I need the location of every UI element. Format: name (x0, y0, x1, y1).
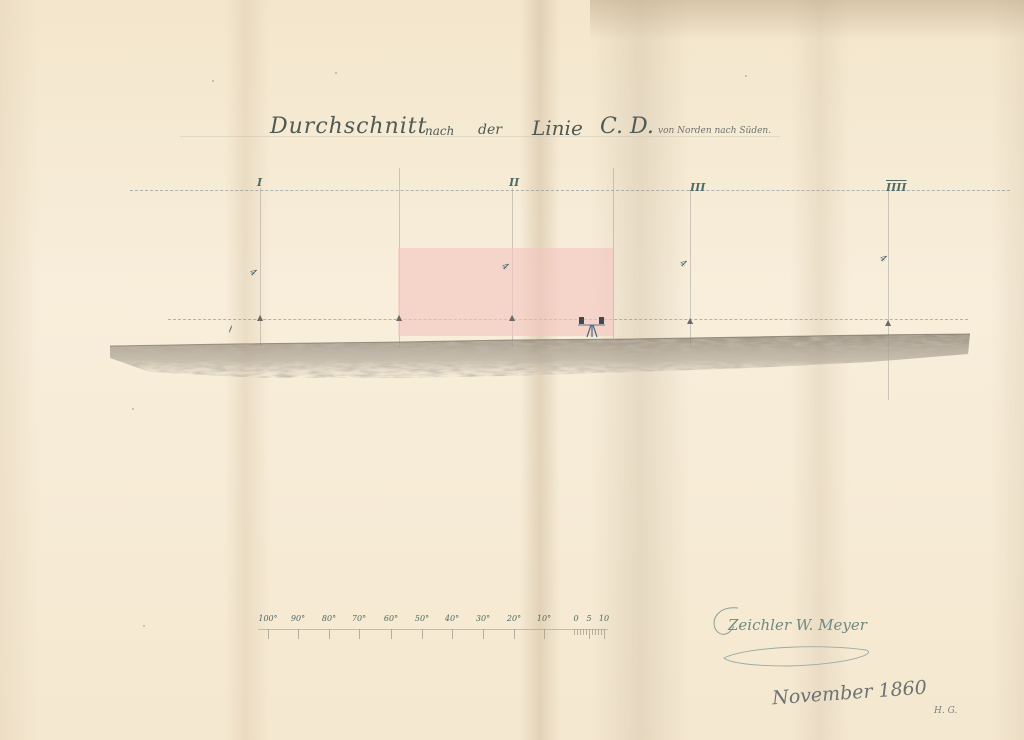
scale-subtick (586, 629, 587, 635)
paper-speck (132, 408, 134, 410)
scale-label: 10 (599, 614, 609, 623)
paper-shadow (590, 0, 1024, 40)
scale-label: 80° (322, 614, 336, 623)
scale-tick (604, 629, 605, 639)
scale-label: 5 (586, 614, 591, 623)
drawing-title: Durchschnitt nach der Linie C. D. von No… (270, 112, 810, 146)
scale-tick (268, 629, 269, 639)
scale-subtick (580, 629, 581, 635)
datum-marker-5: ▲ (885, 318, 891, 327)
scale-tick (359, 629, 360, 639)
scale-label: 100° (258, 614, 277, 623)
scale-label: 20° (507, 614, 521, 623)
scale-label: 70° (352, 614, 366, 623)
scale-tick (544, 629, 545, 639)
scale-label: 90° (291, 614, 305, 623)
signature-text: Zeichler W. Meyer (728, 616, 867, 634)
scale-subtick (601, 629, 602, 635)
upper-datum-line (130, 190, 1010, 191)
scale-subtick (595, 629, 596, 635)
region-line-right (613, 168, 614, 338)
scale-subtick (592, 629, 593, 635)
scale-tick (589, 629, 590, 639)
station-numeral-4: IIII (886, 181, 907, 194)
scale-subtick (577, 629, 578, 635)
station-numeral-1: I (257, 176, 262, 189)
drawing-initials: H. G. (934, 706, 957, 716)
datum-marker-2: ▲ (396, 313, 402, 322)
scale-tick (391, 629, 392, 639)
paper-speck (212, 80, 214, 82)
scale-tick (483, 629, 484, 639)
station-numeral-2: II (509, 176, 519, 189)
paper-speck (335, 72, 337, 74)
scale-label: 10° (537, 614, 551, 623)
scale-label: 60° (384, 614, 398, 623)
leveling-instrument-icon (576, 314, 608, 338)
datum-marker-3: ▲ (509, 313, 515, 322)
scale-tick (514, 629, 515, 639)
paper-speck (143, 625, 145, 627)
title-subtitle: von Norden nach Süden. (658, 126, 771, 136)
scale-subtick (574, 629, 575, 635)
scale-bar: 100° 90° 80° 70° 60° 50° 40° 30° 20° 10°… (258, 612, 618, 642)
datum-marker-1: ▲ (257, 313, 263, 322)
station-line-1 (260, 188, 261, 348)
scale-tick (422, 629, 423, 639)
scale-label: 30° (476, 614, 490, 623)
scale-tick (452, 629, 453, 639)
scale-tick (329, 629, 330, 639)
scale-subtick (598, 629, 599, 635)
title-guide-line (180, 136, 780, 137)
scale-axis (258, 629, 608, 630)
scale-tick (298, 629, 299, 639)
scale-subtick (583, 629, 584, 635)
signature: Zeichler W. Meyer (708, 600, 878, 670)
scale-label: 50° (415, 614, 429, 623)
station-numeral-3: III (690, 181, 705, 194)
paper-speck (745, 75, 747, 77)
scale-label: 0 (573, 614, 578, 623)
signature-flourish (708, 600, 878, 670)
terrain-profile (110, 332, 970, 384)
datum-marker-4: ▲ (687, 316, 693, 325)
scale-label: 40° (445, 614, 459, 623)
